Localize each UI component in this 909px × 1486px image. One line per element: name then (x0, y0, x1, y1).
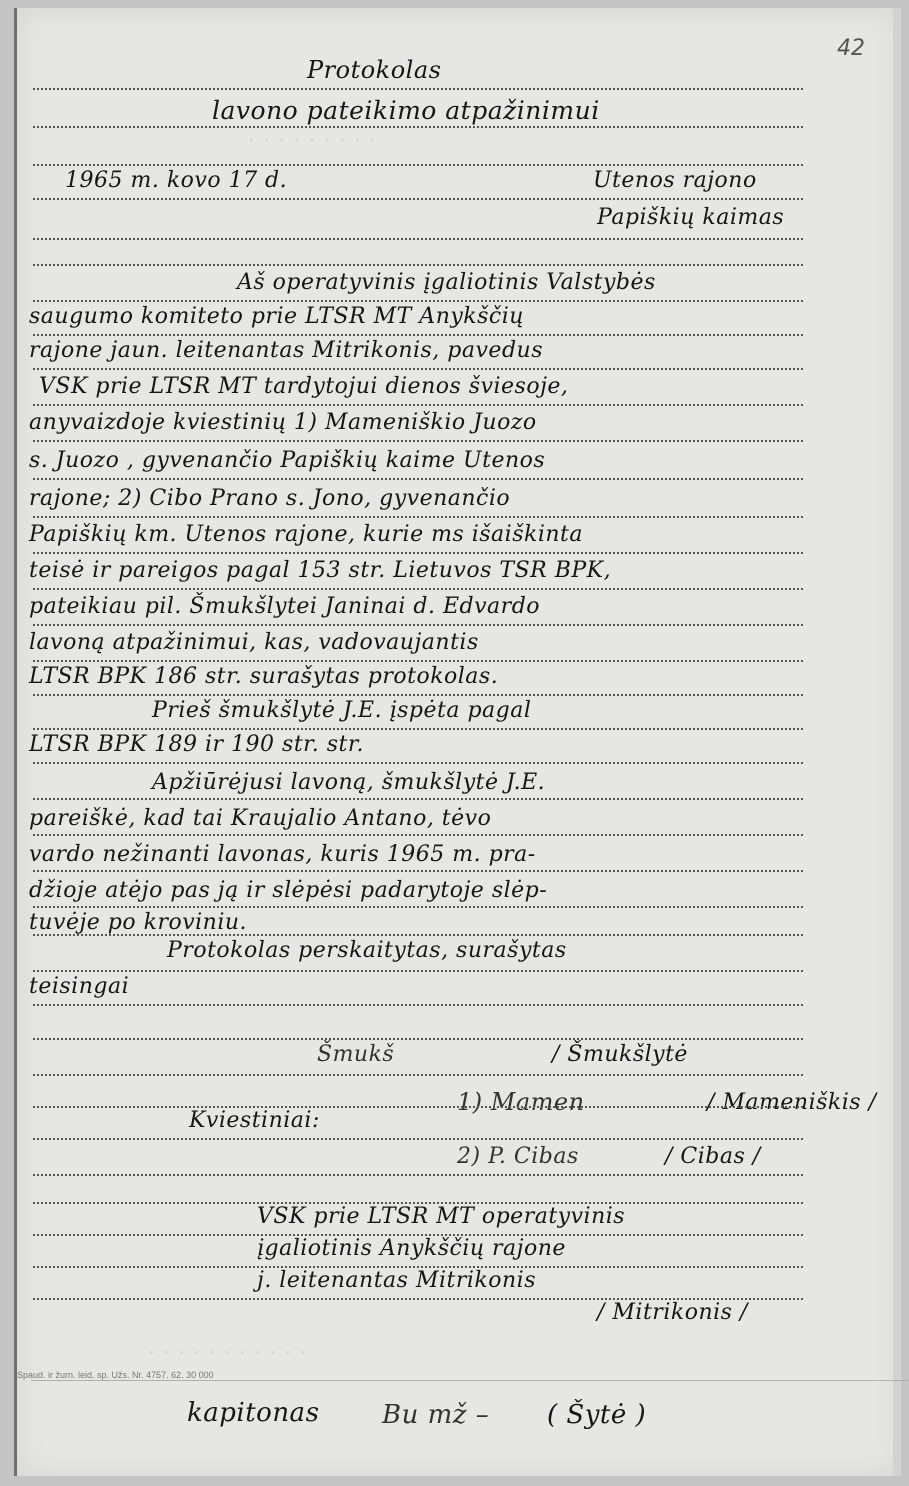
captain-name: ( Šytė ) (547, 1400, 646, 1430)
body-line: rajone; 2) Cibo Prano s. Jono, gyvenanči… (29, 486, 510, 511)
invitees-label: Kviestiniai: (189, 1108, 320, 1133)
ruled-line (33, 264, 803, 266)
document-title: Protokolas (307, 56, 441, 84)
ruled-line (33, 728, 803, 730)
place-village: Papiškių kaimas (597, 205, 784, 230)
captain-signature: Bu mž – (382, 1400, 489, 1430)
ruled-line (33, 1138, 803, 1140)
ruled-line (33, 334, 803, 336)
fold-line (31, 1380, 909, 1381)
ruled-line (33, 440, 803, 442)
body-line: anyvaizdoje kviestinių 1) Mameniškio Juo… (29, 410, 537, 435)
officer-title-line: įgaliotinis Anykščių rajone (257, 1236, 566, 1261)
ruled-line (33, 1106, 803, 1108)
ruled-line (33, 1174, 803, 1176)
ruled-line (33, 1074, 803, 1076)
page-number: 42 (837, 36, 865, 61)
ruled-line (33, 870, 803, 872)
invitee-1-name: / Mameniškis / (707, 1090, 877, 1115)
officer-title-line: VSK prie LTSR MT operatyvinis (257, 1204, 625, 1229)
ruled-line (33, 1004, 803, 1006)
body-line: Protokolas perskaitytas, surašytas (167, 938, 567, 963)
ruled-line (33, 1038, 803, 1040)
body-line: pareiškė, kad tai Kraujalio Antano, tėvo (29, 806, 491, 831)
invitee-2-signature: 2) P. Cibas (457, 1144, 579, 1169)
ruled-line (33, 552, 803, 554)
document-date: 1965 m. kovo 17 d. (65, 168, 287, 193)
place-district: Utenos rajono (593, 168, 757, 193)
ruled-line (33, 478, 803, 480)
body-line: vardo nežinanti lavonas, kuris 1965 m. p… (29, 842, 536, 867)
officer-name: / Mitrikonis / (597, 1300, 748, 1325)
ruled-line (33, 624, 803, 626)
body-line: pateikiau pil. Šmukšlytei Janinai d. Edv… (29, 594, 540, 619)
ruled-line (33, 762, 803, 764)
invitee-1-signature: 1) Mamen (457, 1088, 585, 1116)
document-subtitle: lavono pateikimo atpažinimui (212, 96, 600, 125)
ruled-line (33, 300, 803, 302)
captain-rank: kapitonas (187, 1398, 319, 1428)
ruled-line (33, 88, 803, 90)
ruled-line (33, 238, 803, 240)
body-line: Apžiūrėjusi lavoną, šmukšlytė J.E. (152, 770, 545, 795)
body-line: lavoną atpažinimui, kas, vadovaujantis (29, 630, 479, 655)
ruled-line (33, 834, 803, 836)
ruled-line (33, 660, 803, 662)
body-line: džioje atėjo pas ją ir slėpėsi padarytoj… (29, 878, 547, 903)
body-line: rajone jaun. leitenantas Mitrikonis, pav… (29, 338, 543, 363)
body-line: tuvėje po kroviniu. (29, 910, 247, 935)
bleed-through-text: · · · · · · · · · (247, 126, 377, 156)
ruled-line (33, 970, 803, 972)
witness-name: / Šmukšlytė (552, 1042, 688, 1067)
ruled-line (33, 516, 803, 518)
body-line: teisė ir pareigos pagal 153 str. Lietuvo… (29, 558, 611, 583)
ruled-line (33, 368, 803, 370)
ruled-line (33, 164, 803, 166)
body-line: Prieš šmukšlytė J.E. įspėta pagal (152, 698, 531, 723)
body-line: LTSR BPK 186 str. surašytas protokolas. (29, 664, 498, 689)
scanned-document: · · · · · · · · · 42 Protokolas lavono p… (0, 0, 909, 1486)
body-line: s. Juozo , gyvenančio Papiškių kaime Ute… (29, 448, 545, 473)
body-line: VSK prie LTSR MT tardytojui dienos švies… (39, 374, 568, 399)
ruled-line (33, 404, 803, 406)
bleed-through-text: · · · · · · · · · · · (147, 1338, 307, 1368)
invitee-2-name: / Cibas / (665, 1144, 761, 1169)
ruled-line (33, 588, 803, 590)
body-line: Papiškių km. Utenos rajone, kurie ms iša… (29, 522, 583, 547)
paper-sheet: · · · · · · · · · 42 Protokolas lavono p… (14, 8, 901, 1476)
ruled-line (33, 126, 803, 128)
body-line: teisingai (29, 974, 129, 999)
ruled-line (33, 694, 803, 696)
body-line: saugumo komiteto prie LTSR MT Anykščių (29, 304, 524, 329)
ruled-line (33, 798, 803, 800)
body-line: Aš operatyvinis įgaliotinis Valstybės (237, 270, 656, 295)
ruled-line (33, 934, 803, 936)
ruled-line (33, 906, 803, 908)
printer-imprint: Spaud. ir žurn. leid. sp. Užs. Nr. 4757.… (17, 1370, 214, 1380)
officer-signature: j. leitenantas Mitrikonis (257, 1268, 536, 1293)
sheet-edge (893, 8, 901, 1476)
body-line: LTSR BPK 189 ir 190 str. str. (29, 732, 364, 757)
ruled-line (33, 198, 803, 200)
witness-signature: Šmukš (317, 1042, 394, 1067)
